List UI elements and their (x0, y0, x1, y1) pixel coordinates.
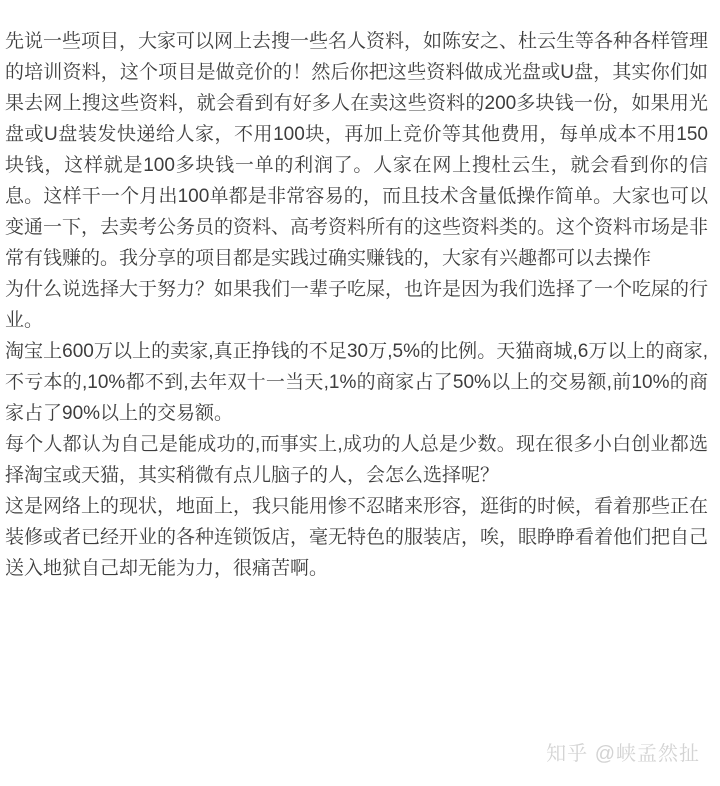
zhihu-watermark: 知乎 @峡孟然扯 (546, 737, 700, 766)
paragraph-choice-over-effort: 为什么说选择大于努力？如果我们一辈子吃屎，也许是因为我们选择了一个吃屎的行业。 (5, 274, 708, 336)
paragraph-offline-reality: 这是网络上的现状，地面上，我只能用惨不忍睹来形容，逛街的时候，看着那些正在装修或… (5, 491, 708, 584)
paragraph-success-minority: 每个人都认为自己是能成功的,而事实上,成功的人总是少数。现在很多小白创业都选择淘… (5, 429, 708, 491)
paragraph-projects: 先说一些项目，大家可以网上去搜一些名人资料，如陈安之、杜云生等各种各样管理的培训… (5, 26, 708, 274)
paragraph-taobao-stats: 淘宝上600万以上的卖家,真正挣钱的不足30万,5%的比例。天猫商城,6万以上的… (5, 336, 708, 429)
article-body: 先说一些项目，大家可以网上去搜一些名人资料，如陈安之、杜云生等各种各样管理的培训… (0, 0, 720, 584)
